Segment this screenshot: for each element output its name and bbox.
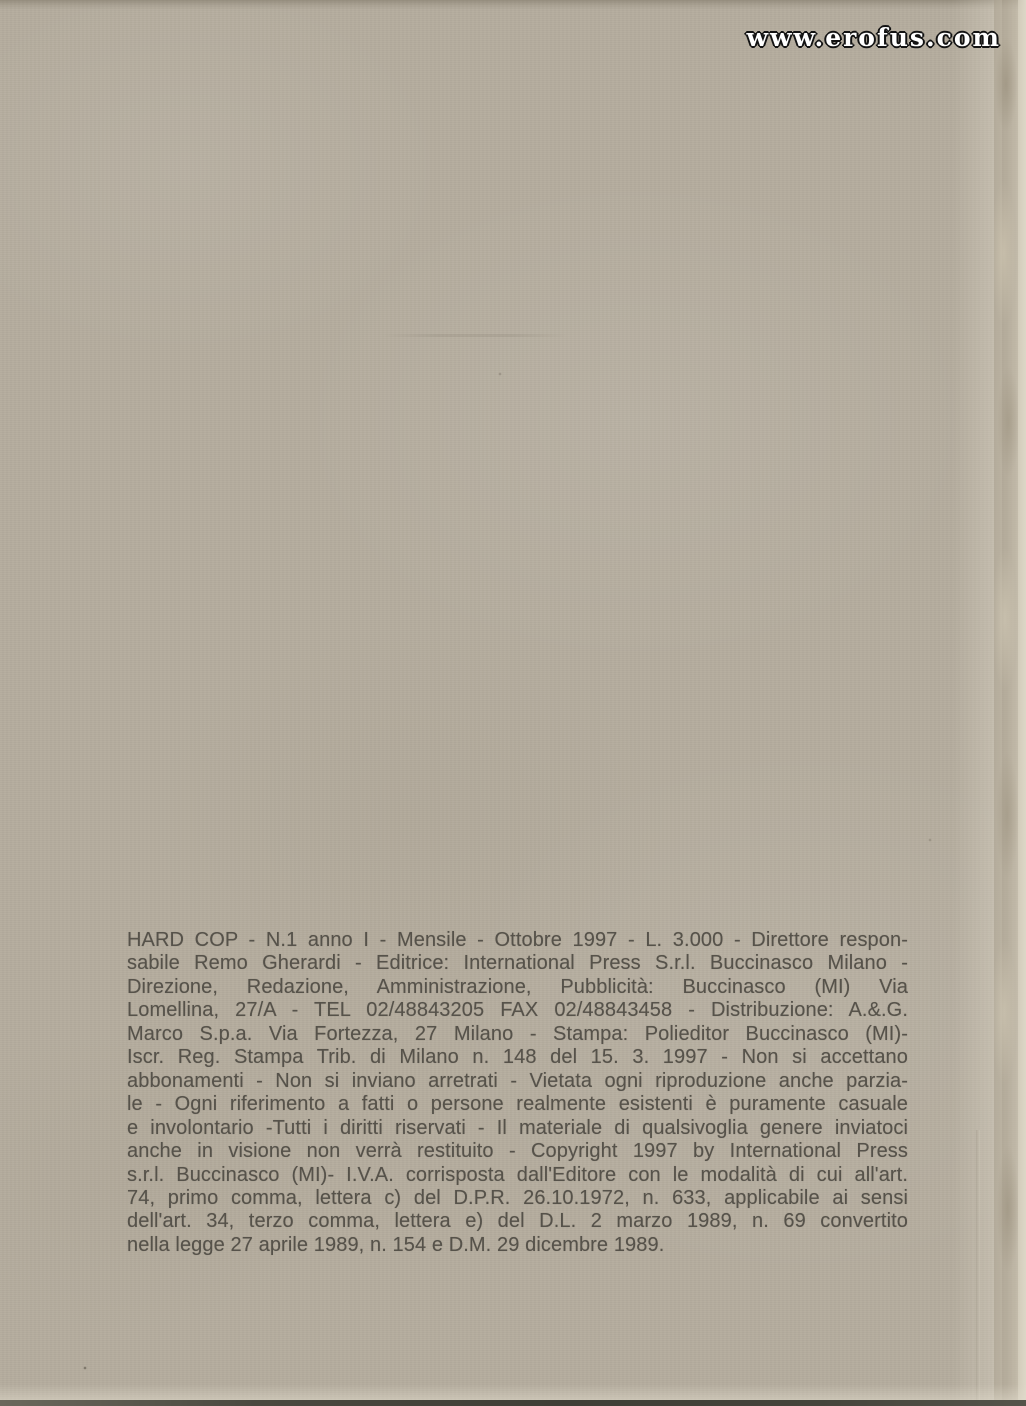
watermark: www.erofus.com xyxy=(746,23,1001,52)
colophon-line: Iscr. Reg. Stampa Trib. di Milano n. 148… xyxy=(127,1046,908,1069)
colophon-line: HARD COP - N.1 anno I - Mensile - Ottobr… xyxy=(127,929,908,952)
paper-torn-edge xyxy=(994,0,1018,1406)
scan-bottom-edge xyxy=(0,1400,1026,1406)
colophon-line: sabile Remo Gherardi - Editrice: Interna… xyxy=(127,952,908,975)
paper-edge-top xyxy=(0,0,1026,10)
paper-edge-right-outer xyxy=(1018,0,1026,1406)
colophon-line: abbonamenti - Non si inviano arretrati -… xyxy=(127,1070,908,1093)
colophon-line: Marco S.p.a. Via Fortezza, 27 Milano - S… xyxy=(127,1023,908,1046)
colophon-line: Lomellina, 27/A - TEL 02/48843205 FAX 02… xyxy=(127,999,908,1022)
colophon-line: le - Ogni riferimento a fatti o persone … xyxy=(127,1093,908,1116)
scanned-page: www.erofus.com HARD COP - N.1 anno I - M… xyxy=(0,0,1026,1406)
colophon-line: e involontario -Tutti i diritti riservat… xyxy=(127,1117,908,1140)
colophon-line: anche in visione non verrà restituito - … xyxy=(127,1140,908,1163)
horizontal-crease xyxy=(382,334,567,337)
colophon-line: s.r.l. Buccinasco (MI)- I.V.A. corrispos… xyxy=(127,1164,908,1187)
colophon-line: Direzione, Redazione, Amministrazione, P… xyxy=(127,976,908,999)
colophon-text: HARD COP - N.1 anno I - Mensile - Ottobr… xyxy=(127,929,908,1257)
colophon-line: nella legge 27 aprile 1989, n. 154 e D.M… xyxy=(127,1234,908,1257)
paper-edge-bottom-highlight xyxy=(0,1384,1026,1400)
vertical-crease xyxy=(976,1130,980,1406)
colophon-line: 74, primo comma, lettera c) del D.P.R. 2… xyxy=(127,1187,908,1210)
colophon-line: dell'art. 34, terzo comma, lettera e) de… xyxy=(127,1210,908,1233)
